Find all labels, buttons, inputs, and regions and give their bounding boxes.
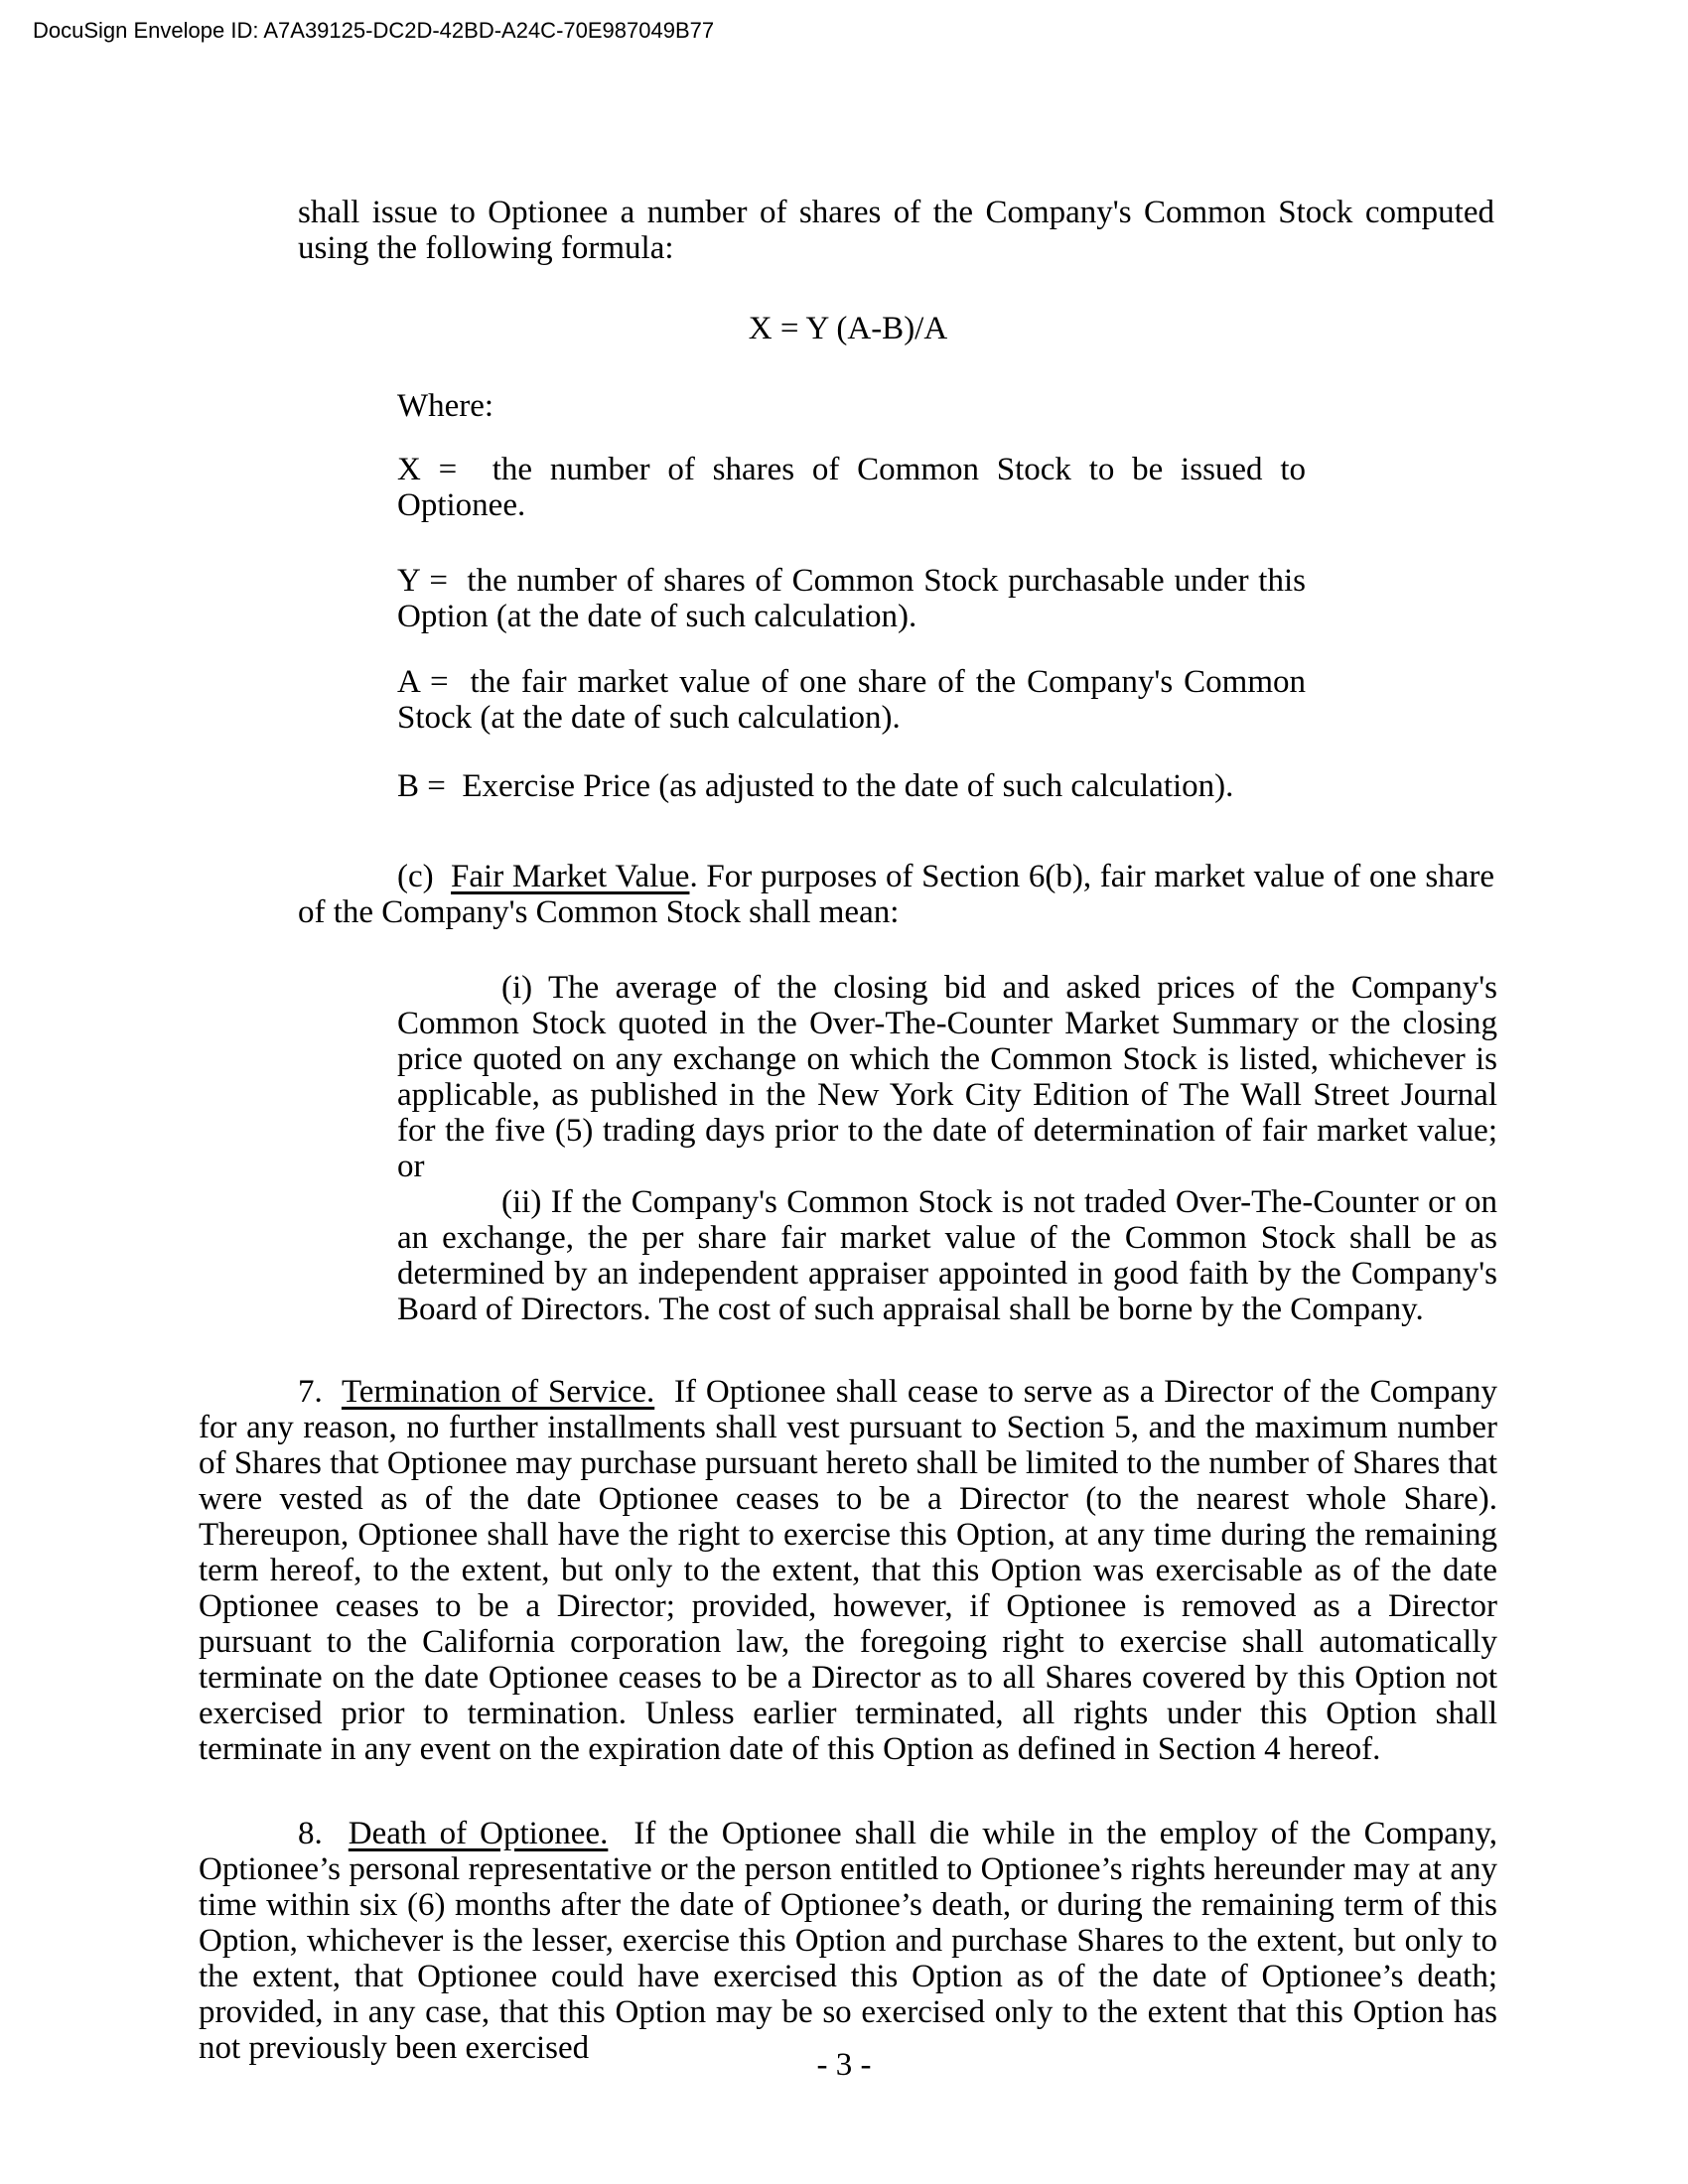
section-7-paragraph: 7. Termination of Service. If Optionee s… [199, 1374, 1497, 1767]
page-number: - 3 - [0, 2047, 1688, 2083]
definition-x: X = the number of shares of Common Stock… [397, 452, 1306, 523]
document-body: shall issue to Optionee a number of shar… [199, 195, 1497, 2066]
clause-c-paragraph: (c) Fair Market Value. For purposes of S… [298, 859, 1494, 930]
section-7-heading: Termination of Service. [342, 1374, 654, 1410]
clause-ii-paragraph: (ii) If the Company's Common Stock is no… [397, 1184, 1497, 1327]
clause-c-heading: Fair Market Value [451, 859, 689, 894]
definition-a: A = the fair market value of one share o… [397, 664, 1306, 736]
section-8-paragraph: 8. Death of Optionee. If the Optionee sh… [199, 1816, 1497, 2066]
intro-paragraph: shall issue to Optionee a number of shar… [298, 195, 1494, 266]
docusign-envelope-id: DocuSign Envelope ID: A7A39125-DC2D-42BD… [33, 18, 714, 44]
clause-i-paragraph: (i) The average of the closing bid and a… [397, 970, 1497, 1184]
formula-line: X = Y (A-B)/A [199, 311, 1497, 346]
section-7-number: 7. [298, 1374, 342, 1410]
definition-y: Y = the number of shares of Common Stock… [397, 563, 1306, 634]
section-7-text: If Optionee shall cease to serve as a Di… [199, 1374, 1497, 1767]
section-8-number: 8. [298, 1816, 349, 1851]
section-8-text: If the Optionee shall die while in the e… [199, 1816, 1497, 2066]
document-page: DocuSign Envelope ID: A7A39125-DC2D-42BD… [0, 0, 1688, 2184]
section-8-heading: Death of Optionee. [349, 1816, 609, 1851]
clause-c-label: (c) [397, 859, 451, 894]
where-label: Where: [397, 388, 1497, 424]
definition-b: B = Exercise Price (as adjusted to the d… [397, 768, 1306, 804]
